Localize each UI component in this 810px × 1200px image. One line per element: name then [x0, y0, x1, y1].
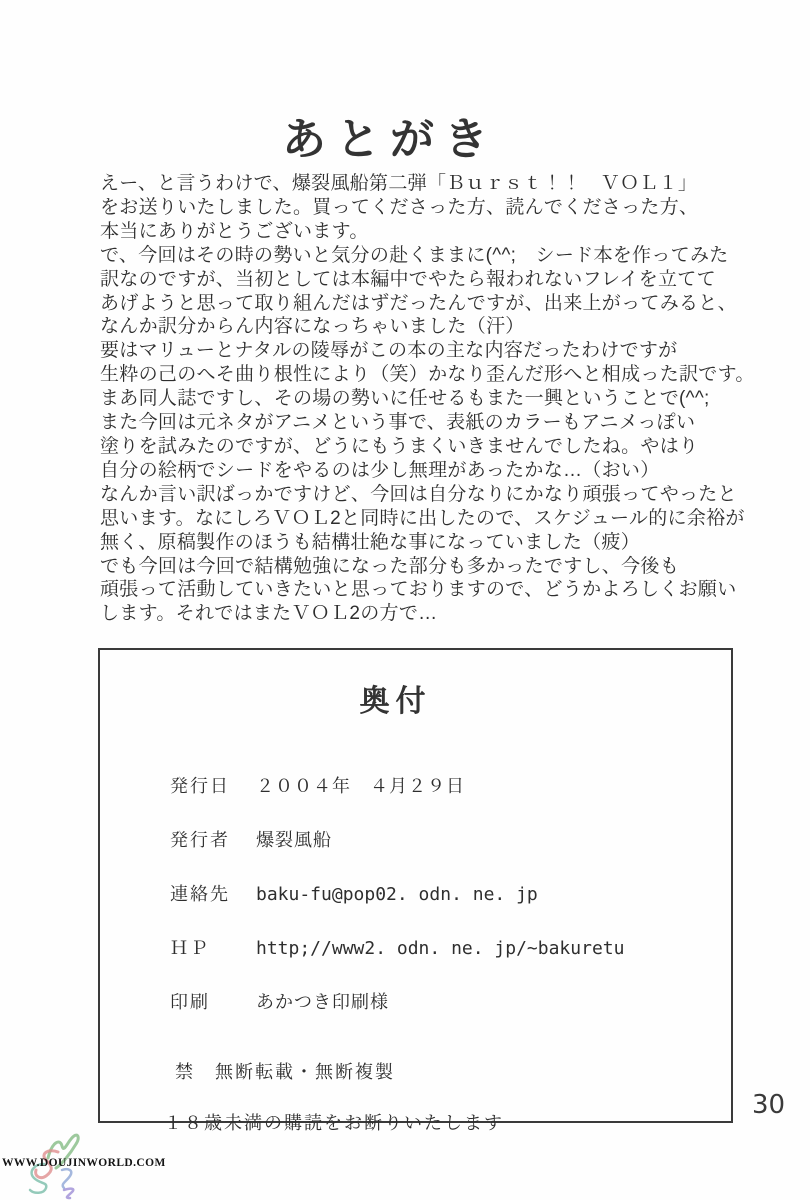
colophon-row-publish-date: 発行日 ２００４年 ４月２９日	[170, 772, 731, 798]
age-restriction-notice: １８歳未満の購読をお断りいたします	[164, 1109, 731, 1135]
afterword-line: なんか訳分からん内容になっちゃいました（汗）	[100, 315, 760, 339]
scanned-page: あとがき えー、と言うわけで、爆裂風船第二弾「Ｂｕｒｓｔ！！ ＶＯＬ１」 をお送…	[0, 0, 810, 1200]
afterword-line: 無く、原稿製作のほうも結構壮絶な事になっていました（疲）	[100, 531, 760, 555]
afterword-line: 塗りを試みたのですが、どうにもうまくいきませんでしたね。やはり	[100, 435, 760, 459]
afterword-line: をお送りいたしました。買ってくださった方、読んでくださった方、	[100, 196, 760, 220]
colophon-value-email: baku-fu@pop02. odn. ne. jp	[256, 884, 538, 905]
colophon-rows: 発行日 ２００４年 ４月２９日 発行者 爆裂風船 連絡先 baku-fu@pop…	[170, 772, 731, 1014]
afterword-line: えー、と言うわけで、爆裂風船第二弾「Ｂｕｒｓｔ！！ ＶＯＬ１」	[100, 172, 760, 196]
colophon-value: 爆裂風船	[256, 826, 332, 852]
afterword-line: なんか言い訳ばっかですけど、今回は自分なりにかなり頑張ってやったと	[100, 483, 760, 507]
colophon-label: 連絡先	[170, 880, 256, 906]
afterword-line: 本当にありがとうございます。	[100, 220, 760, 244]
colophon-label: 発行日	[170, 772, 256, 798]
afterword-line: でも今回は今回で結構勉強になった部分も多かったですし、今後も	[100, 555, 760, 579]
page-title: あとがき	[0, 103, 780, 167]
afterword-text-block: えー、と言うわけで、爆裂風船第二弾「Ｂｕｒｓｔ！！ ＶＯＬ１」 をお送りいたしま…	[100, 172, 760, 626]
afterword-line: まあ同人誌ですし、その場の勢いに任せるもまた一興ということで(^^;	[100, 387, 760, 411]
afterword-line: また今回は元ネタがアニメという事で、表紙のカラーもアニメっぽい	[100, 411, 760, 435]
colophon-notices: 禁 無断転載・無断複製 １８歳未満の購読をお断りいたします	[100, 1058, 731, 1135]
afterword-line: 要はマリューとナタルの陵辱がこの本の主な内容だったわけですが	[100, 339, 760, 363]
afterword-line: 自分の絵柄でシードをやるのは少し無理があったかな…（おい）	[100, 459, 760, 483]
colophon-row-homepage: ＨＰ http;//www2. odn. ne. jp/~bakuretu	[170, 934, 731, 960]
afterword-line: します。それではまたＶＯＬ2の方で…	[100, 602, 760, 626]
doujinworld-watermark: WWW.DOUJINWORLD.COM	[2, 1157, 166, 1169]
page-number: 30	[752, 1090, 785, 1120]
afterword-line: 思います。なにしろＶＯＬ2と同時に出したので、スケジュール的に余裕が	[100, 507, 760, 531]
afterword-line: で、今回はその時の勢いと気分の赴くままに(^^; シード本を作ってみた	[100, 244, 760, 268]
colophon-value: ２００４年 ４月２９日	[256, 772, 465, 798]
colophon-label: 発行者	[170, 826, 256, 852]
colophon-label: 印刷	[170, 988, 256, 1014]
no-reproduction-notice: 禁 無断転載・無断複製	[175, 1058, 731, 1084]
afterword-line: 生粋の己のへそ曲り根性により（笑）かなり歪んだ形へと相成った訳です。	[100, 363, 760, 387]
colophon-box: 奥付 発行日 ２００４年 ４月２９日 発行者 爆裂風船 連絡先 baku-fu@…	[98, 648, 733, 1123]
afterword-line: 頑張って活動していきたいと思っておりますので、どうかよろしくお願い	[100, 578, 760, 602]
colophon-value-url: http;//www2. odn. ne. jp/~bakuretu	[256, 938, 624, 959]
colophon-row-contact-email: 連絡先 baku-fu@pop02. odn. ne. jp	[170, 880, 731, 906]
afterword-line: あげようと思って取り組んだはずだったんですが、出来上がってみると、	[100, 292, 760, 316]
colophon-value: あかつき印刷様	[256, 988, 389, 1014]
colophon-row-printer: 印刷 あかつき印刷様	[170, 988, 731, 1014]
colophon-title: 奥付	[100, 676, 691, 720]
afterword-line: 訳なのですが、当初としては本編中でやたら報われないフレイを立てて	[100, 268, 760, 292]
colophon-row-publisher: 発行者 爆裂風船	[170, 826, 731, 852]
colophon-label: ＨＰ	[170, 934, 256, 960]
